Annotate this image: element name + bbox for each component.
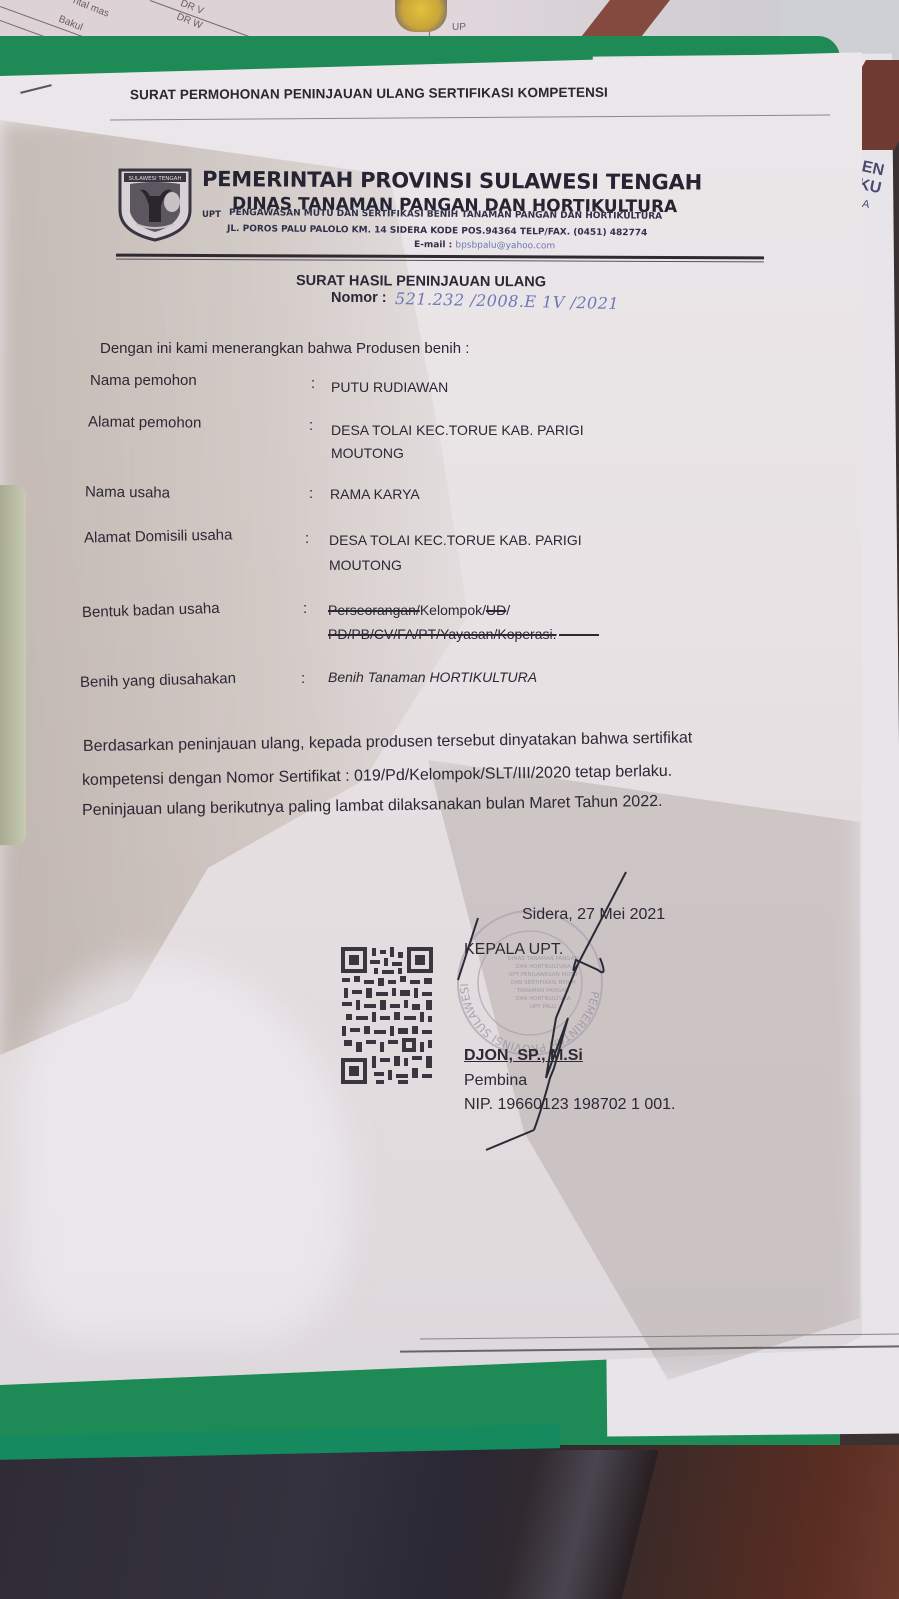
field-label-applicant-address: Alamat pemohon [88, 413, 202, 431]
field-label-business-name: Nama usaha [85, 483, 170, 501]
field-colon: : [301, 670, 305, 687]
body-line-1: Berdasarkan peninjauan ulang, kepada pro… [83, 729, 693, 756]
letter-number-label: Nomor : [331, 290, 387, 306]
field-colon: : [309, 417, 313, 434]
form-title-rule [110, 114, 830, 120]
field-value-business-address-line1: DESA TOLAI KEC.TORUE KAB. PARIGI [329, 532, 582, 548]
qr-code[interactable] [340, 946, 434, 1086]
letter-number-handwritten: 521.232 /2008.E 1V /2021 [395, 289, 620, 313]
letter-title: SURAT HASIL PENINJAUAN ULANG [296, 273, 546, 290]
body-line-2: kompetensi dengan Nomor Sertifikat : 019… [82, 763, 672, 790]
field-colon: : [303, 600, 307, 617]
form-title: SURAT PERMOHONAN PENINJAUAN ULANG SERTIF… [130, 85, 608, 103]
field-label-business-entity: Bentuk badan usaha [82, 600, 220, 621]
letterhead-rule-thin [116, 259, 764, 263]
svg-text:SULAWESI TENGAH: SULAWESI TENGAH [128, 176, 181, 182]
letterhead-email: E-mail : bpsbpalu@yahoo.com [414, 240, 555, 251]
letterhead-government: PEMERINTAH PROVINSI SULAWESI TENGAH [202, 167, 702, 194]
field-value-applicant-address-line1: DESA TOLAI KEC.TORUE KAB. PARIGI [331, 422, 584, 438]
field-colon: : [305, 530, 309, 547]
field-value-applicant-address-line2: MOUTONG [331, 445, 404, 461]
field-value-seed-type: Benih Tanaman HORTIKULTURA [328, 669, 537, 685]
field-colon: : [309, 485, 313, 502]
letterhead-address: JL. POROS PALU PALOLO KM. 14 SIDERA KODE… [227, 224, 647, 238]
field-colon: : [311, 375, 315, 392]
field-label-business-address: Alamat Domisili usaha [84, 526, 233, 546]
field-value-business-entity-line2: PD/PB/CV/FA/PT/Yayasan/Koperasi. [328, 626, 599, 642]
letterhead-upt-prefix: UPT [202, 210, 221, 220]
field-label-seed-type: Benih yang diusahakan [80, 670, 236, 691]
document-content: SURAT PERMOHONAN PENINJAUAN ULANG SERTIF… [0, 0, 899, 1599]
field-value-business-entity-line1: Perseorangan/Kelompok/UD/ [328, 602, 510, 618]
field-value-business-address-line2: MOUTONG [329, 557, 402, 573]
field-value-business-name: RAMA KARYA [330, 486, 420, 502]
intro-text: Dengan ini kami menerangkan bahwa Produs… [100, 340, 469, 357]
email-link[interactable]: bpsbpalu@yahoo.com [455, 240, 555, 251]
body-line-3: Peninjauan ulang berikutnya paling lamba… [82, 793, 663, 820]
provincial-crest-icon: SULAWESI TENGAH [116, 166, 194, 242]
field-label-applicant-name: Nama pemohon [90, 372, 197, 389]
field-value-applicant-name: PUTU RUDIAWAN [331, 379, 448, 395]
handwritten-signature-icon [450, 868, 630, 1158]
